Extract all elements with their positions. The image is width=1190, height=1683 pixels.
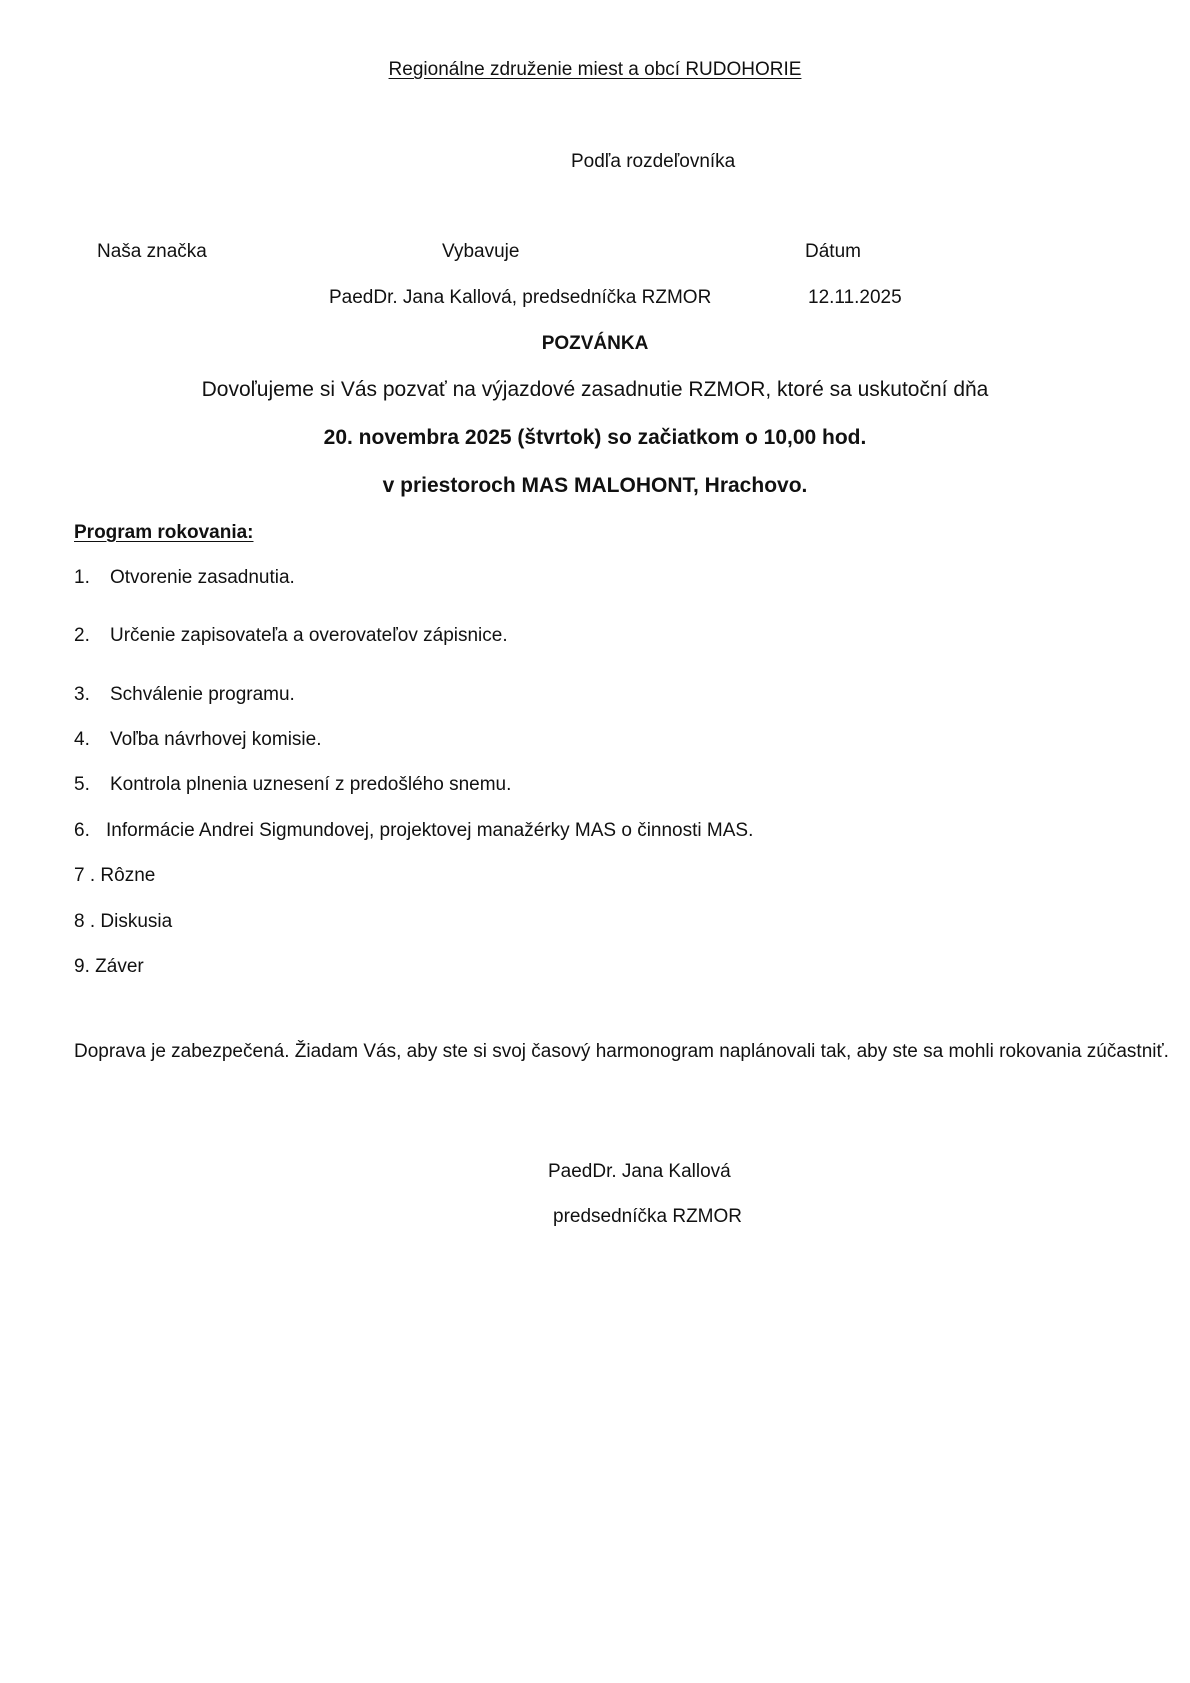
invitation-intro: Dovoľujeme si Vás pozvať na výjazdové za… xyxy=(0,377,1190,403)
label-date: Dátum xyxy=(805,240,861,264)
invitation-venue: v priestoroch MAS MALOHONT, Hrachovo. xyxy=(0,473,1190,499)
invitation-title: POZVÁNKA xyxy=(0,332,1190,356)
closing-note: Doprava je zabezpečená. Žiadam Vás, aby … xyxy=(74,1037,1174,1067)
label-our-ref: Naša značka xyxy=(97,240,207,264)
list-item: 9. Záver xyxy=(74,955,144,979)
date-value: 12.11.2025 xyxy=(808,286,902,310)
handled-by-value: PaedDr. Jana Kallová, predsedníčka RZMOR xyxy=(329,286,711,310)
label-handled-by: Vybavuje xyxy=(442,240,519,264)
list-item: 3.Schválenie programu. xyxy=(74,683,295,707)
organization-header: Regionálne združenie miest a obcí RUDOHO… xyxy=(0,58,1190,82)
list-item: 7 . Rôzne xyxy=(74,864,155,888)
list-item: 8 . Diskusia xyxy=(74,910,172,934)
list-item: 5.Kontrola plnenia uznesení z predošlého… xyxy=(74,773,511,797)
list-item: 4.Voľba návrhovej komisie. xyxy=(74,728,322,752)
program-heading: Program rokovania: xyxy=(74,521,254,545)
list-item: 6.Informácie Andrei Sigmundovej, projekt… xyxy=(74,819,753,843)
invitation-datetime: 20. novembra 2025 (štvrtok) so začiatkom… xyxy=(0,425,1190,451)
list-item: 2.Určenie zapisovateľa a overovateľov zá… xyxy=(74,624,508,648)
list-item: 1.Otvorenie zasadnutia. xyxy=(74,566,295,590)
signature-role: predsedníčka RZMOR xyxy=(553,1205,742,1229)
signature-name: PaedDr. Jana Kallová xyxy=(548,1160,731,1184)
recipient-line: Podľa rozdeľovníka xyxy=(571,150,735,174)
